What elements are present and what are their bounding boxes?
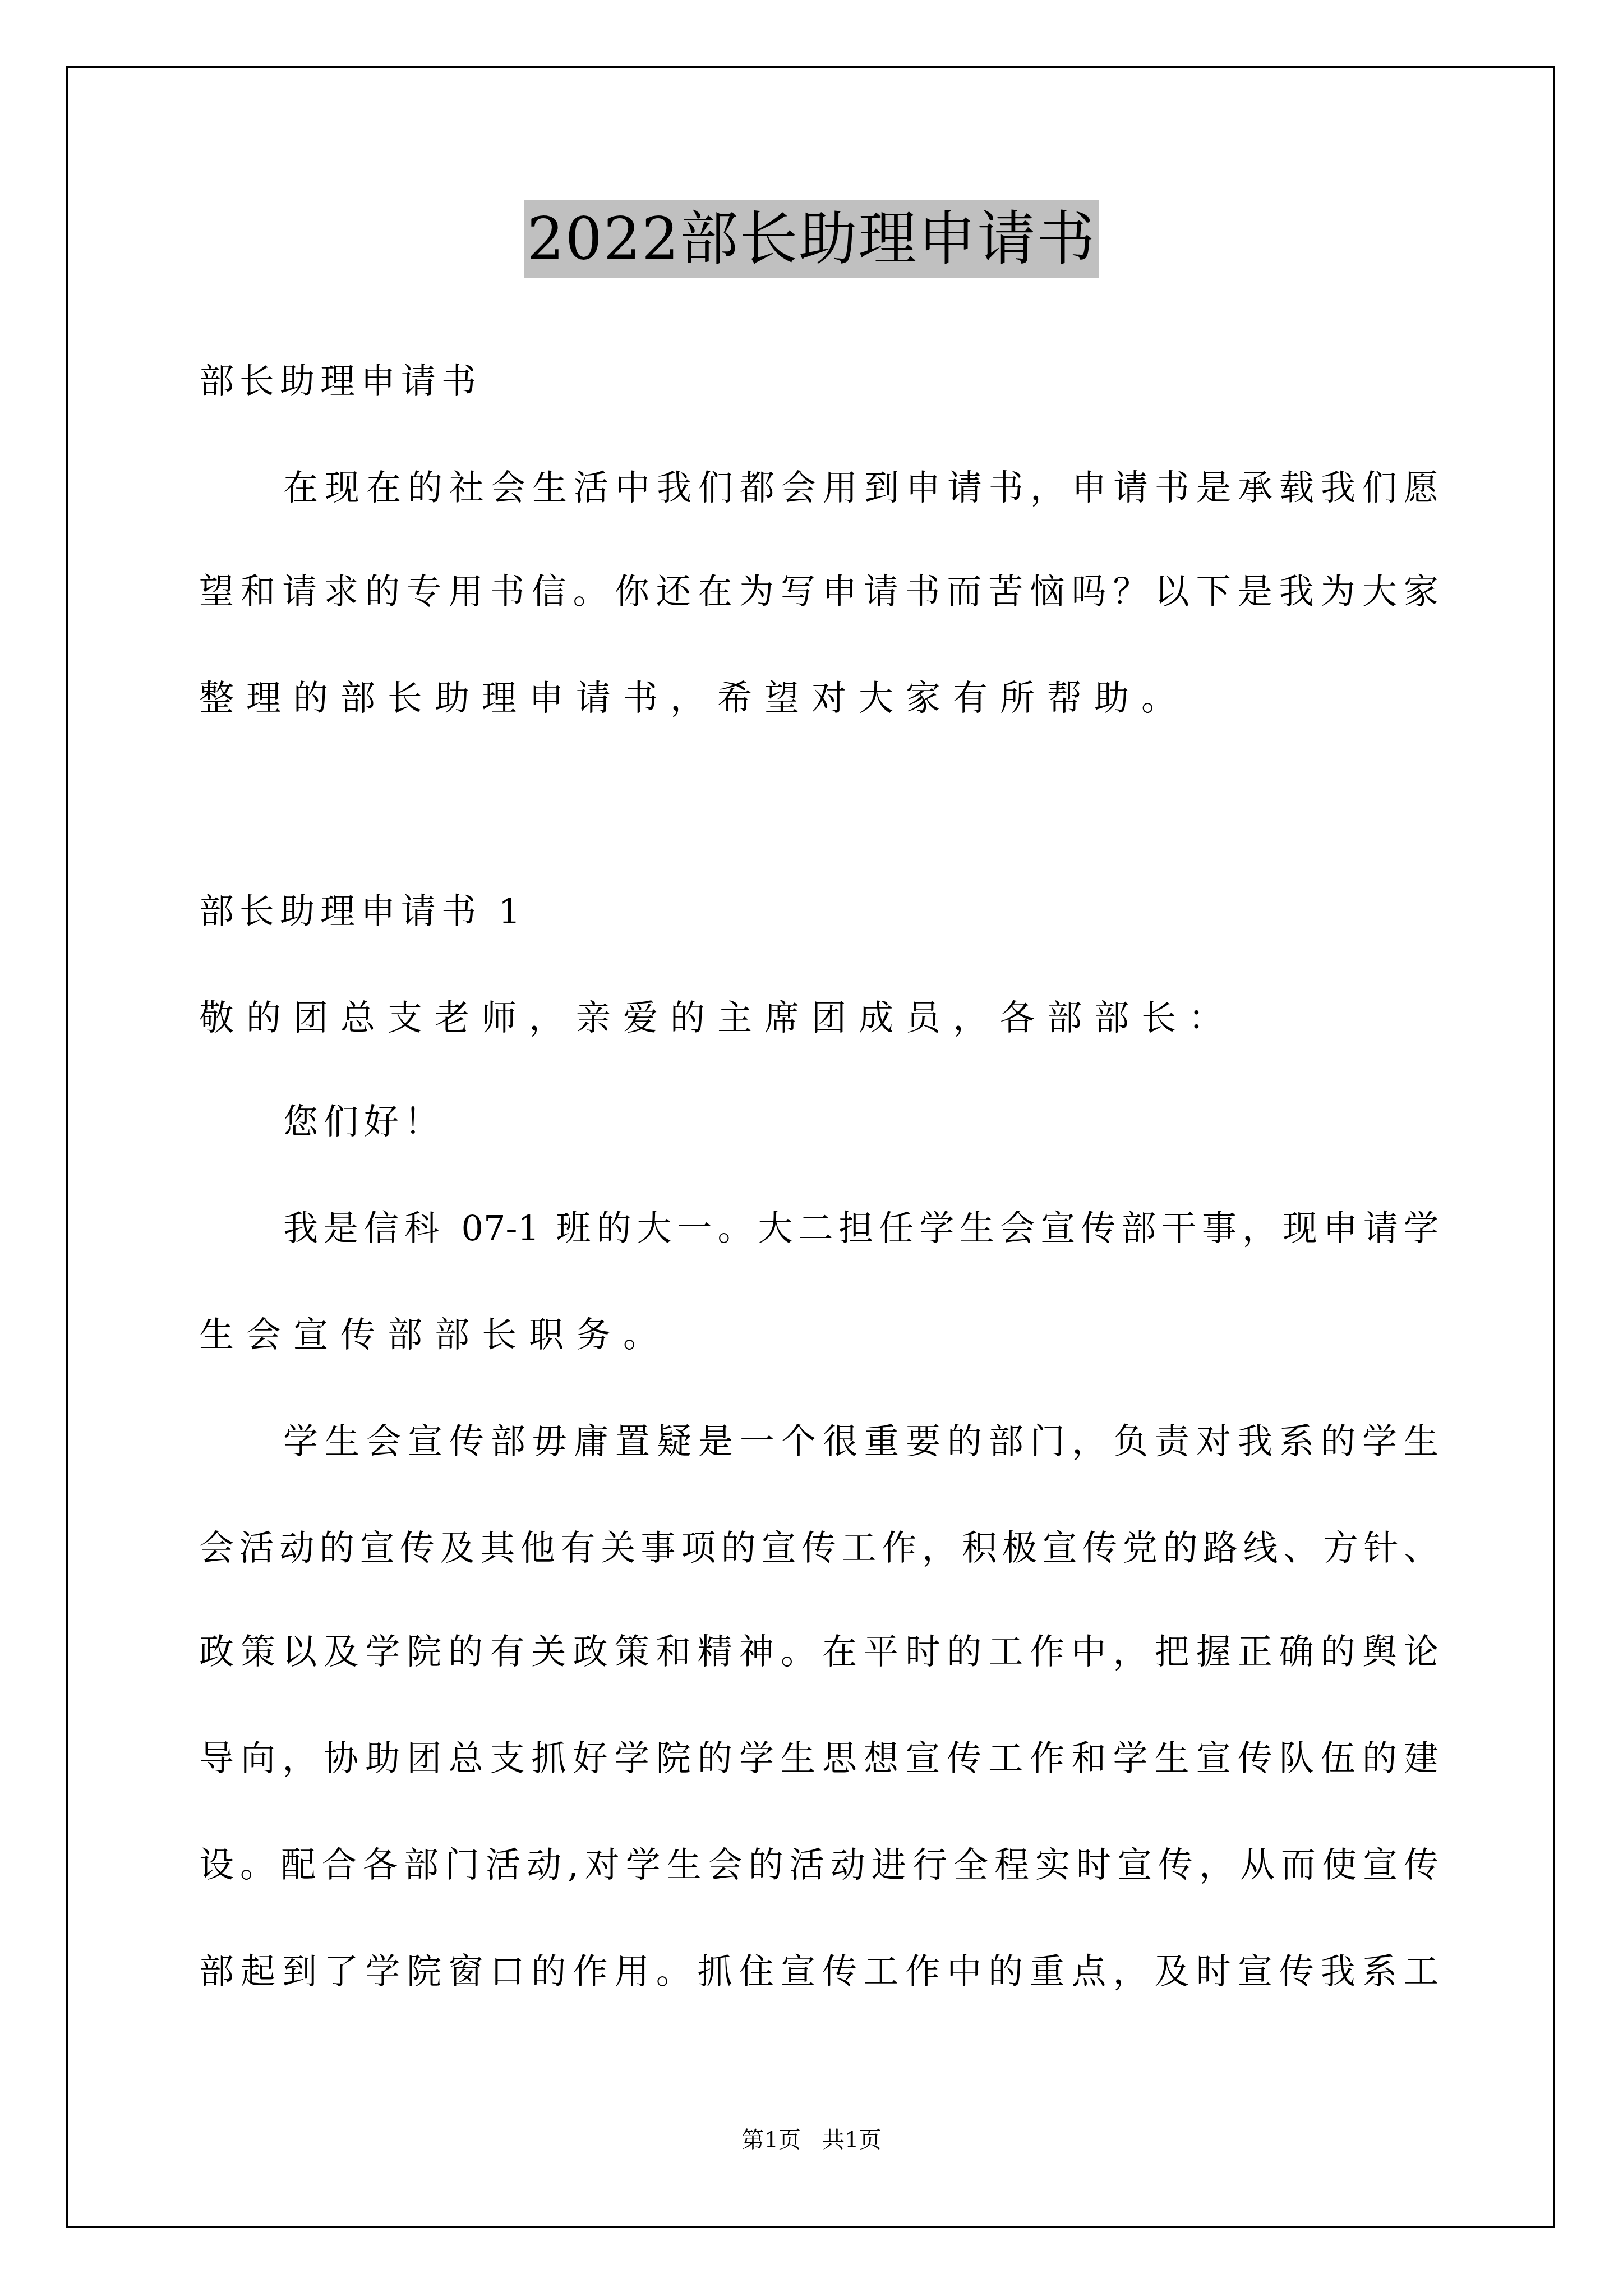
paragraph-line: 在现在的社会生活中我们都会用到申请书，申请书是承载我们愿 [283,466,1438,510]
document-title: 2022部长助理申请书 [524,200,1100,278]
title-container: 2022部长助理申请书 [0,200,1623,278]
paragraph-line: 部起到了学院窗口的作用。抓住宣传工作中的重点，及时宣传我系工 [199,1949,1438,1994]
section-heading: 部长助理申请书 [199,359,1438,404]
paragraph-line: 学生会宣传部毋庸置疑是一个很重要的部门，负责对我系的学生 [283,1419,1438,1464]
salutation-line: 敬的团总支老师，亲爱的主席团成员，各部部长： [199,996,1438,1041]
paragraph-line: 整理的部长助理申请书，希望对大家有所帮助。 [199,676,1438,721]
paragraph-line: 生会宣传部部长职务。 [199,1313,1438,1358]
paragraph-line: 政策以及学院的有关政策和精神。在平时的工作中，把握正确的舆论 [199,1630,1438,1674]
paragraph-line: 望和请求的专用书信。你还在为写申请书而苦恼吗？以下是我为大家 [199,569,1438,614]
greeting-line: 您们好！ [283,1099,1438,1144]
paragraph-line: 导向，协助团总支抓好学院的学生思想宣传工作和学生宣传队伍的建 [199,1736,1438,1781]
paragraph-line: 我是信科 07-1 班的大一。大二担任学生会宣传部干事，现申请学 [283,1206,1438,1251]
paragraph-line: 设。配合各部门活动,对学生会的活动进行全程实时宣传，从而使宣传 [199,1843,1438,1888]
section-heading: 部长助理申请书 1 [199,889,1438,934]
page-footer-indicator: 第1页 共1页 [0,2126,1623,2154]
paragraph-line: 会活动的宣传及其他有关事项的宣传工作，积极宣传党的路线、方针、 [199,1526,1438,1571]
